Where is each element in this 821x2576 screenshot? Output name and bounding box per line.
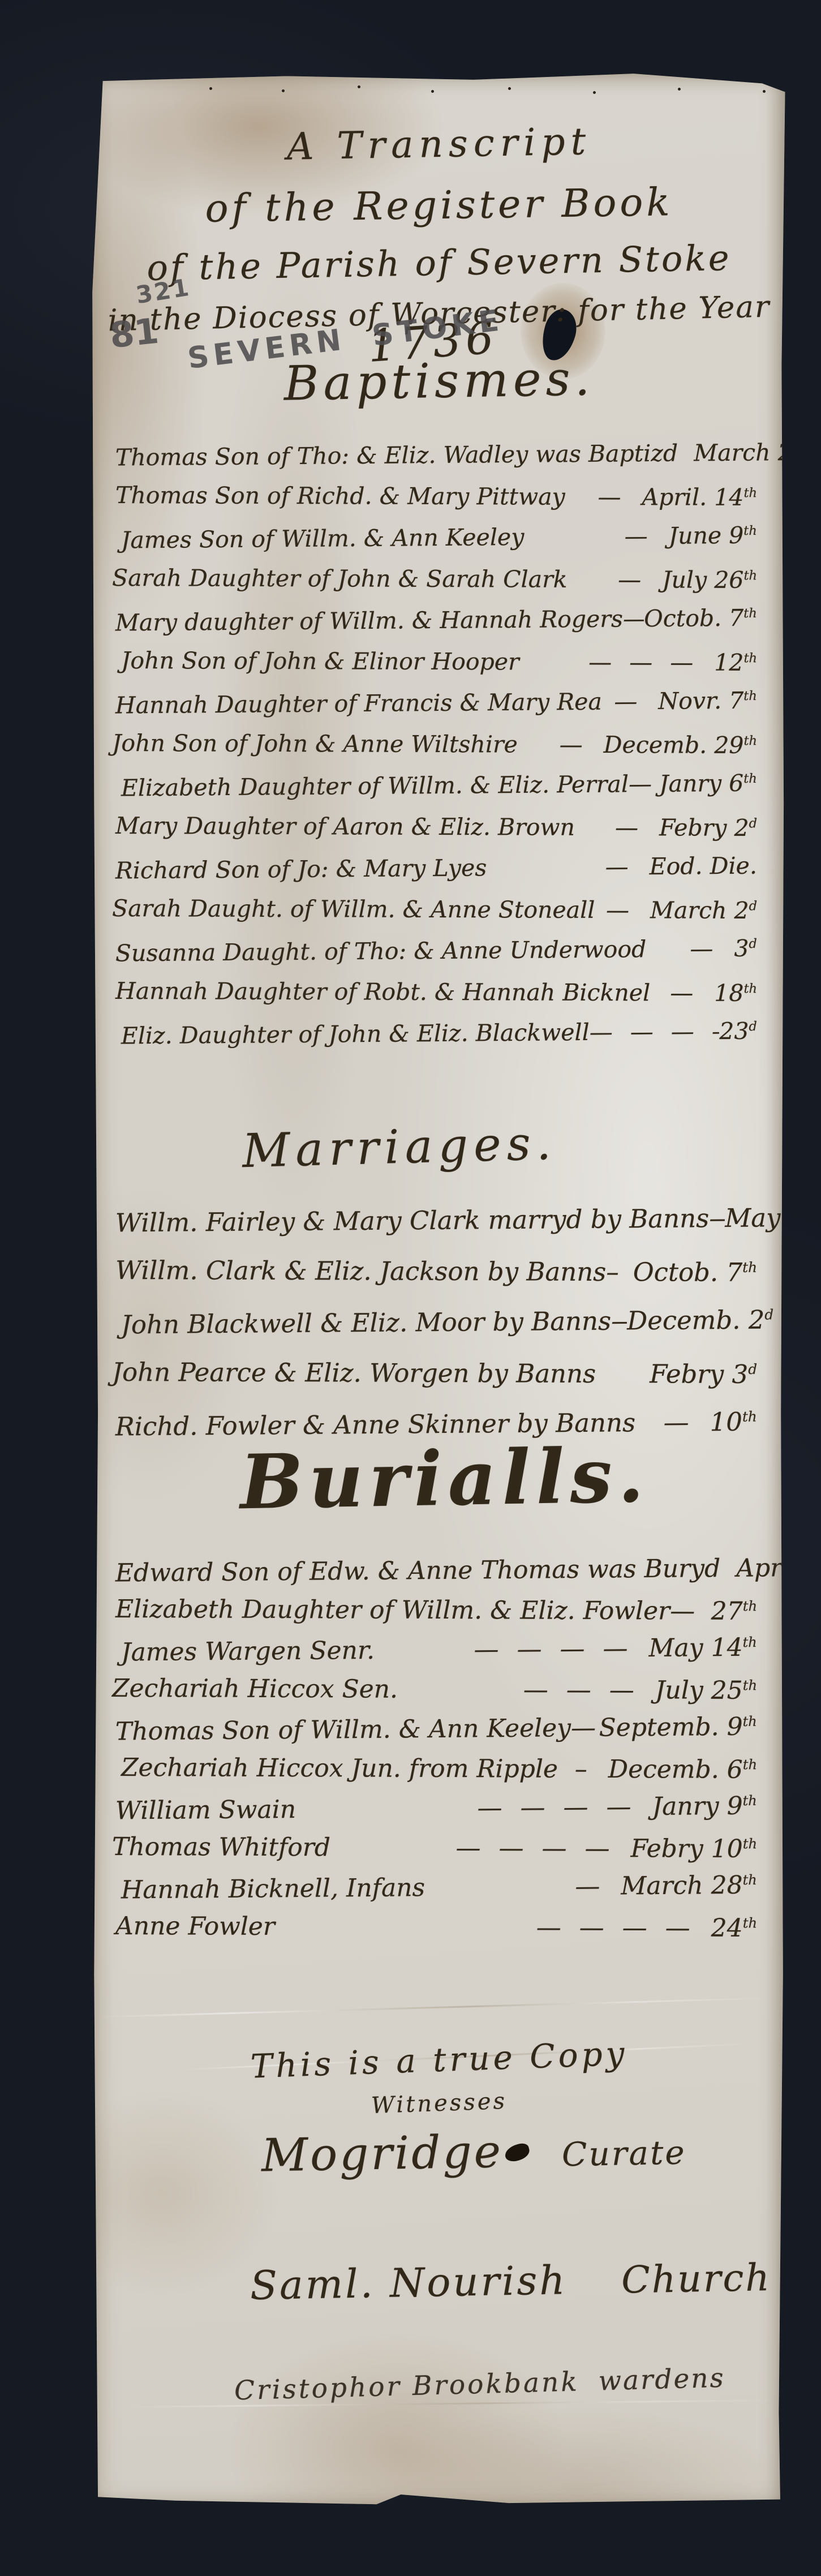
entry-dash: — (646, 935, 734, 963)
register-entry: John Son of John & Elinor Hooper— — —12t… (97, 647, 786, 690)
entry-date: July 25th (655, 1676, 757, 1705)
register-entry: William Swain— — — —Janry 9th (92, 1791, 787, 1836)
entry-dash: — — — — (330, 1833, 631, 1863)
register-entry: Sarah Daught. of Willm. & Anne Stoneall—… (88, 895, 786, 938)
entry-dash: — (567, 566, 662, 594)
entry-dash: — (623, 605, 644, 632)
register-entry: Elizabeth Daughter of Willm. & Eliz. Fow… (92, 1595, 786, 1637)
entry-text: John Son of John & Elinor Hooper (121, 647, 519, 675)
register-entry: Susanna Daught. of Tho: & Anne Underwood… (92, 934, 787, 981)
entry-dash: — (611, 1306, 627, 1336)
register-entry: Thomas Whitford— — — —Febry 10th (88, 1832, 786, 1874)
entry-text: Thomas Son of Tho: & Eliz. Wadley was Ba… (115, 440, 678, 471)
entry-date: Octob. 7th (633, 1257, 757, 1287)
entry-date: Febry 3d (650, 1359, 757, 1389)
entry-date: May 14th (648, 1633, 757, 1663)
entry-date: 18th (714, 980, 757, 1007)
register-entry: Hannah Daughter of Francis & Mary Rea—No… (92, 686, 787, 733)
entry-dash: — (524, 522, 669, 551)
entry-date: Janry 9th (652, 1792, 757, 1821)
curate-signature: MogridgeCurate (261, 2122, 686, 2182)
entry-dash: — (575, 814, 659, 842)
register-entry: Zechariah Hiccox Jun. from Ripple–Decemb… (97, 1753, 786, 1795)
signature-name: Cristophor Brookbank (234, 2366, 579, 2406)
entry-text: Willm. Fairley & Mary Clark marryd by Ba… (115, 1203, 710, 1238)
entry-date: Febry 10th (630, 1834, 757, 1864)
entry-date: 12th (714, 649, 757, 676)
register-entry: Hannah Bicknell, Infans—March 28th (97, 1870, 787, 1916)
entry-text: Mary daughter of Willm. & Hannah Rogers (115, 605, 623, 636)
marriages-heading: Marriages. (51, 1111, 747, 1183)
entry-date: Novr. 7th (658, 687, 757, 715)
register-entry: John Blackwell & Eliz. Moor by Banns—Dec… (97, 1304, 787, 1361)
register-entry: Thomas Son of Willm. & Ann Keeley— –Sept… (92, 1712, 787, 1757)
entry-dash: – (558, 1755, 608, 1784)
signature-role: Curate (561, 2133, 686, 2174)
register-entry: Zechariah Hiccox Sen.— — —July 25th (88, 1674, 786, 1716)
crease-line (97, 1997, 771, 2017)
entry-dash: — — — — (275, 1912, 711, 1943)
register-entry: James Son of Willm. & Ann Keeley—June 9t… (97, 521, 787, 568)
entry-text: Thomas Whitford (112, 1832, 330, 1862)
parchment-document: A Transcript of the Register Book of the… (92, 72, 786, 2510)
entry-date: 24th (711, 1914, 757, 1943)
entry-text: Hannah Daughter of Francis & Mary Rea (115, 688, 602, 719)
entry-dash: — (709, 1203, 725, 1233)
signature-name: Saml. Nourish (250, 2257, 568, 2309)
entry-text: Sarah Daught. of Willm. & Anne Stoneall (112, 895, 595, 924)
title-line-3: of the Parish of Severn Stoke (91, 236, 786, 289)
register-entry: Elizabeth Daughter of Willm. & Eliz. Per… (97, 769, 787, 816)
entry-date: June 9th (668, 522, 757, 549)
entry-dash: — (629, 770, 660, 797)
entry-text: Sarah Daughter of John & Sarah Clark (112, 564, 568, 593)
entry-dash: — — — (519, 648, 715, 676)
register-entry: Willm. Clark & Eliz. Jackson by Banns–Oc… (92, 1255, 786, 1308)
register-entry: Anne Fowler— — — —24th (92, 1912, 786, 1954)
entry-dash: — — — (398, 1675, 655, 1705)
entry-dash: — (425, 1872, 621, 1903)
baptisms-heading: Baptismes. (91, 347, 787, 414)
entry-text: Elizabeth Daughter of Willm. & Eliz. Fow… (115, 1595, 670, 1625)
entry-date: July 26th (662, 566, 757, 594)
entry-text: James Son of Willm. & Ann Keeley (121, 523, 525, 554)
entry-date: Eod. Die. (649, 852, 757, 880)
entry-dash: — (565, 483, 642, 510)
entry-dash: — (602, 688, 659, 715)
entry-date: May 4th (725, 1203, 820, 1233)
entry-dash: — — (670, 1596, 711, 1625)
entry-date: March 28th (694, 439, 821, 467)
register-entry: Eliz. Daughter of John & Eliz. Blackwell… (97, 1017, 787, 1064)
entry-date: Janry 6th (659, 770, 757, 797)
signature-role: Church (621, 2256, 772, 2302)
entry-dash: – (606, 1257, 633, 1287)
entry-text: Thomas Son of Richd. & Mary Pittway (115, 482, 565, 510)
entry-date: 27th (711, 1597, 757, 1626)
entry-date: Decemb. 6th (608, 1755, 757, 1784)
entry-text: John Blackwell & Eliz. Moor by Banns (121, 1306, 612, 1340)
register-entry: John Pearce & Eliz. Worgen by BannsFebry… (88, 1357, 786, 1410)
entry-text: Anne Fowler (115, 1912, 275, 1941)
entry-text: Zechariah Hiccox Jun. from Ripple (121, 1753, 558, 1784)
entry-date: March 28th (621, 1871, 757, 1901)
entry-text: Richard Son of Jo: & Mary Lyes (115, 854, 487, 884)
entry-text: Edward Son of Edw. & Anne Thomas was Bur… (115, 1554, 721, 1587)
register-entry: John Son of John & Anne Wiltshire—Decemb… (88, 729, 786, 773)
register-entry: Willm. Fairley & Mary Clark marryd by Ba… (92, 1203, 787, 1259)
title-line-1: A Transcript (91, 116, 786, 171)
entry-dash: — — — — (590, 1017, 720, 1046)
entry-date: Febry 2d (659, 814, 757, 842)
register-entry: Hannah Daughter of Robt. & Hannah Bickne… (92, 977, 786, 1021)
entry-text: James Wargen Senr. (121, 1636, 375, 1667)
entry-text: Willm. Clark & Eliz. Jackson by Banns (115, 1255, 606, 1287)
register-entry: Edward Son of Edw. & Anne Thomas was Bur… (92, 1553, 787, 1599)
entry-text: William Swain (115, 1795, 296, 1826)
entry-text: Hannah Daughter of Robt. & Hannah Bickne… (115, 977, 650, 1006)
entry-dash: — (518, 731, 604, 758)
entry-text: Mary Daughter of Aaron & Eliz. Brown (115, 812, 575, 841)
baptism-entries: Thomas Son of Tho: & Eliz. Wadley was Ba… (92, 441, 786, 1061)
entry-date: April. 14th (642, 483, 757, 511)
entry-text: Thomas Son of Willm. & Ann Keeley (115, 1714, 571, 1746)
signature-name: Mogridge (261, 2125, 503, 2182)
entry-date: March 2d (650, 896, 757, 924)
pin-holes (209, 87, 212, 90)
pencil-shelf-number: 81 (108, 310, 160, 357)
entry-text: John Son of John & Anne Wiltshire (112, 729, 518, 758)
entry-dash: — – (571, 1714, 599, 1742)
entry-dash: — (595, 896, 650, 924)
entry-dash: — (650, 979, 714, 1006)
entry-date: Decemb. 2d (627, 1304, 774, 1336)
entry-text: Zechariah Hiccox Sen. (112, 1674, 398, 1704)
register-entry: Richard Son of Jo: & Mary Lyes—Eod. Die. (92, 852, 787, 899)
entry-date: 23d (719, 1017, 757, 1045)
entry-date: 3d (734, 935, 757, 962)
signature-role: wardens (598, 2363, 725, 2397)
ink-blot (503, 2142, 531, 2163)
register-entry: James Wargen Senr.— — — —May 14th (97, 1633, 787, 1678)
register-entry: Thomas Son of Richd. & Mary Pittway—Apri… (92, 482, 786, 525)
burials-heading: Burialls. (97, 1429, 793, 1529)
entry-date: Decemb. 29th (604, 731, 757, 759)
churchwarden-signature-2: Cristophor Brookbankwardens (234, 2363, 725, 2407)
marriage-entries: Willm. Fairley & Mary Clark marryd by Ba… (92, 1205, 786, 1460)
entry-text: John Pearce & Eliz. Worgen by Banns (112, 1357, 596, 1389)
entry-date: Octob. 7th (644, 604, 757, 633)
entry-text: Elizabeth Daughter of Willm. & Eliz. Per… (121, 770, 629, 801)
register-entry: Thomas Son of Tho: & Eliz. Wadley was Ba… (92, 439, 787, 486)
entry-date: April 13th (736, 1553, 821, 1583)
entry-dash: — — — — (296, 1792, 652, 1824)
churchwarden-signature-1: Saml. NourishChurch (250, 2253, 771, 2309)
entry-text: Susanna Daught. of Tho: & Anne Underwood (115, 935, 647, 967)
title-line-2: of the Register Book (92, 178, 787, 233)
entry-date: Septemb. 9th (599, 1712, 757, 1742)
register-entry: Mary daughter of Willm. & Hannah Rogers—… (92, 604, 787, 651)
entry-text: Hannah Bicknell, Infans (121, 1873, 425, 1904)
entry-dash: — (487, 853, 650, 881)
entry-text: Eliz. Daughter of John & Eliz. Blackwell (121, 1019, 590, 1050)
entry-dash: — — — — (375, 1634, 649, 1665)
register-entry: Mary Daughter of Aaron & Eliz. Brown—Feb… (92, 812, 786, 856)
register-entry: Sarah Daughter of John & Sarah Clark—Jul… (88, 564, 786, 608)
burial-entries: Edward Son of Edw. & Anne Thomas was Bur… (92, 1556, 786, 1952)
